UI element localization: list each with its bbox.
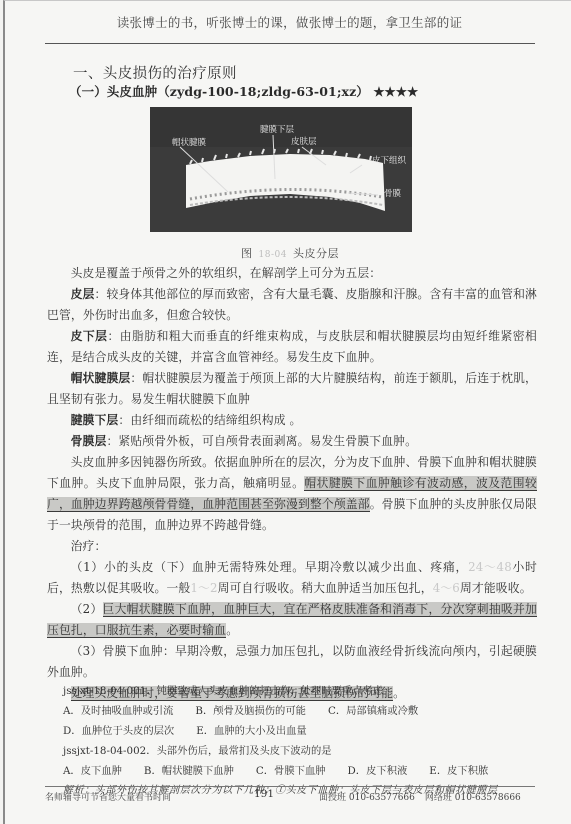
option-e: E．血肿的大小及出血量: [196, 721, 307, 741]
question-options: A．及时抽吸血肿或引流B．颅骨及脑损伤的可能C．局部镇痛或冷敷: [63, 701, 543, 721]
footer-contacts: 面授班 010-63577666网络班 010-63578666: [319, 790, 521, 803]
option-a: A．皮下血肿: [63, 761, 122, 781]
intro-paragraph: 头皮是覆盖于颅骨之外的软组织，在解剖学上可分为五层：: [47, 263, 537, 284]
subsection-heading: （一）头皮血肿（zydg-100-18;zldg-63-01;xz） ★★★★: [69, 82, 418, 100]
caption-prefix: 图: [241, 247, 253, 260]
faded-hours: 24～48: [468, 560, 512, 574]
label-periosteum: 骨膜: [384, 188, 402, 199]
option-b: B．颅骨及脑损伤的可能: [195, 701, 306, 721]
question-stem: jssjxt-18-04-001．钝器致成人头皮血肿的打击伤，处理时要重点考虑: [63, 681, 543, 701]
layer-text: ：由纤细而疏松的结缔组织构成 。: [118, 413, 301, 427]
layer-paragraph: 皮下层：由脂肪和粗大而垂直的纤维束构成，与皮肤层和帽状腱膜层均由短纤维紧密相连，…: [47, 326, 537, 368]
scalp-layers-figure: 帽状腱膜 腱膜下层 皮肤层 皮下组织 骨膜: [150, 107, 412, 232]
faded-weeks: 1～2: [190, 581, 217, 595]
treatment-text: 周可自行吸收。稍大血肿适当加压包扎，: [218, 581, 433, 595]
layer-term: 皮层: [71, 287, 95, 301]
figure-caption: 图18-04头皮分层: [241, 245, 339, 261]
layer-term: 皮下层: [71, 329, 108, 343]
question-options: A．皮下血肿B．帽状腱膜下血肿C．骨膜下血肿D．皮下积液E．皮下积脓: [63, 761, 543, 781]
label-subgaleal: 腱膜下层: [260, 124, 295, 135]
option-a: A．及时抽吸血肿或引流: [63, 701, 173, 721]
footer-rule: [45, 786, 535, 787]
subsection-title: （一）头皮血肿（zydg-100-18;zldg-63-01;xz）: [69, 84, 369, 99]
body-text: 头皮是覆盖于颅骨之外的软组织，在解剖学上可分为五层： 皮层：较身体其他部位的厚而…: [47, 263, 537, 704]
layer-paragraph: 骨膜层：紧贴颅骨外板，可自颅骨表面剥离。易发生骨膜下血肿。: [47, 431, 537, 452]
layer-term: 腱膜下层: [71, 413, 119, 427]
treatment-text-end: 。: [226, 623, 238, 637]
option-d: D．皮下积液: [348, 761, 408, 781]
running-header: 读张博士的书，听张博士的课，做张博士的题，拿卫生部的证: [47, 13, 532, 33]
layer-paragraph: 皮层：较身体其他部位的厚而致密，含有大量毛囊、皮脂腺和汗腺。含有丰富的血管和淋巴…: [47, 284, 537, 326]
treatment-label: 治疗：: [47, 536, 537, 557]
layer-term: 骨膜层: [71, 434, 107, 448]
question-options: D．血肿位于头皮的层次E．血肿的大小及出血量: [63, 721, 543, 741]
caption-title: 头皮分层: [293, 247, 339, 260]
footer-slogan: 名师辅导可节省您大量看书时间: [45, 790, 171, 803]
option-c: C．骨膜下血肿: [256, 761, 326, 781]
layer-text: ：由脂肪和粗大而垂直的纤维束构成，与皮肤层和帽状腱膜层均由短纤维紧密相连，是结合…: [47, 329, 537, 364]
page-number: 191: [254, 788, 274, 800]
layer-term: 帽状腱膜层: [71, 371, 131, 385]
treatment-item-1: （1）小的头皮（下）血肿无需特殊处理。早期冷敷以减少出血、疼痛，24～48小时后…: [47, 557, 537, 599]
highlighted-text: 巨大帽状腱膜下血肿，血肿巨大，宜在严格皮肤准备和消毒下，分次穿刺抽吸并加压包扎，…: [47, 602, 537, 638]
caption-number: 18-04: [259, 250, 287, 260]
label-subcutaneous: 皮下组织: [372, 155, 407, 166]
treatment-text: 周才能吸收。: [460, 581, 532, 595]
section-heading: 一、头皮损伤的治疗原则: [73, 62, 237, 83]
layer-paragraph: 腱膜下层：由纤细而疏松的结缔组织构成 。: [47, 410, 537, 431]
faded-weeks: 4～6: [433, 581, 460, 595]
treatment-number: （2）: [71, 602, 103, 616]
option-b: B．帽状腱膜下血肿: [144, 761, 234, 781]
online-class-phone: 网络班 010-63578666: [425, 793, 521, 803]
book-page: 读张博士的书，听张博士的课，做张博士的题，拿卫生部的证 一、头皮损伤的治疗原则 …: [3, 0, 571, 824]
importance-stars: ★★★★: [373, 84, 418, 99]
option-c: C．局部镇痛或冷敷: [328, 701, 418, 721]
treatment-text: （1）小的头皮（下）血肿无需特殊处理。早期冷敷以减少出血、疼痛，: [71, 560, 468, 574]
layer-text: ：较身体其他部位的厚而致密，含有大量毛囊、皮脂腺和汗腺。含有丰富的血管和淋巴管，…: [47, 287, 537, 322]
layer-paragraph: 帽状腱膜层：帽状腱膜层为覆盖于颅顶上部的大片腱膜结构，前连于额肌，后连于枕肌，且…: [47, 368, 537, 410]
classification-paragraph: 头皮血肿多因钝器伤所致。依据血肿所在的层次，分为皮下血肿、骨膜下血肿和帽状腱膜下…: [47, 452, 537, 536]
option-d: D．血肿位于头皮的层次: [63, 721, 174, 741]
practice-questions: jssjxt-18-04-001．钝器致成人头皮血肿的打击伤，处理时要重点考虑 …: [63, 681, 543, 801]
question-stem: jssjxt-18-04-002．头部外伤后，最常扪及头皮下波动的是: [63, 741, 543, 761]
option-e: E．皮下积脓: [429, 761, 488, 781]
label-skin: 皮肤层: [291, 136, 317, 147]
header-rule: [45, 43, 535, 44]
treatment-item-2: （2）巨大帽状腱膜下血肿，血肿巨大，宜在严格皮肤准备和消毒下，分次穿刺抽吸并加压…: [47, 599, 537, 641]
treatment-item-3: （3）骨膜下血肿：早期冷敷，忌强力加压包扎，以防血液经骨折线流向颅内，引起硬膜外…: [47, 641, 537, 683]
label-galea: 帽状腱膜: [172, 137, 207, 148]
layer-text: ：紧贴颅骨外板，可自颅骨表面剥离。易发生骨膜下血肿。: [106, 434, 417, 448]
in-person-class-phone: 面授班 010-63577666: [319, 793, 415, 803]
